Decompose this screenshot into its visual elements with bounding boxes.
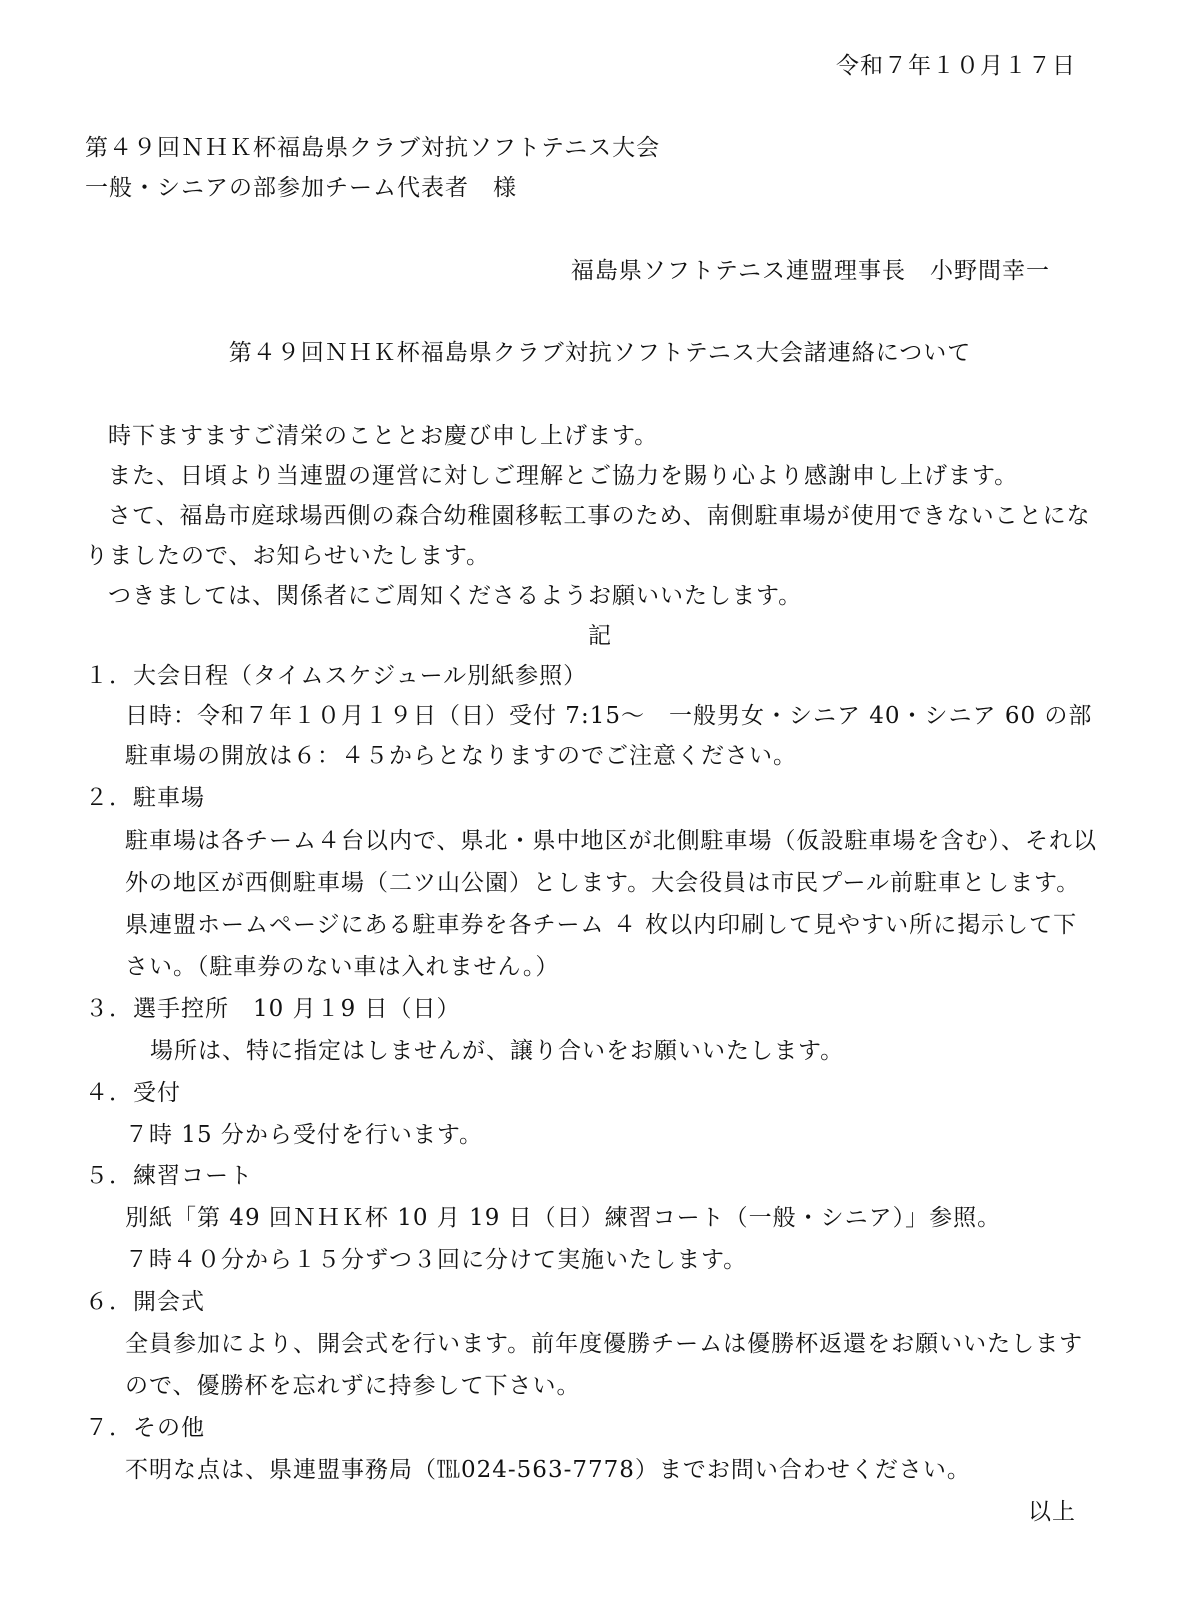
intro-paragraph-3-cont: りましたので、お知らせいたします。 bbox=[85, 545, 490, 568]
section-3-line: 場所は、特に指定はしませんが、譲り合いをお願いいたします。 bbox=[150, 1040, 844, 1063]
intro-paragraph-4: つきましては、関係者にご周知くださるようお願いいたします。 bbox=[108, 585, 802, 608]
section-5-line: ７時４０分から１５分ずつ３回に分けて実施いたします。 bbox=[125, 1249, 747, 1272]
section-2-heading: ２．駐車場 bbox=[85, 787, 205, 810]
intro-paragraph-1: 時下ますますご清栄のこととお慶び申し上げます。 bbox=[108, 425, 658, 448]
document-title: 第４９回ＮＨＫ杯福島県クラブ対抗ソフトテニス大会諸連絡について bbox=[0, 342, 1200, 365]
section-2-line: 駐車場は各チーム４台以内で、県北・県中地区が北側駐車場（仮設駐車場を含む）、それ… bbox=[125, 830, 1097, 853]
ki-marker: 記 bbox=[0, 625, 1200, 648]
section-7-line: 不明な点は、県連盟事務局（℡024-563-7778）までお問い合わせください。 bbox=[125, 1459, 971, 1482]
section-3-heading: ３．選手控所 10 月１9 日（日） bbox=[85, 998, 461, 1021]
recipient-event-name: 第４９回ＮＨＫ杯福島県クラブ対抗ソフトテニス大会 bbox=[85, 137, 660, 160]
section-5-line: 別紙「第 49 回ＮＨＫ杯 10 月 19 日（日）練習コート（一般・シニア）」… bbox=[125, 1207, 1001, 1230]
section-1-line: 駐車場の開放は６：４５からとなりますのでご注意ください。 bbox=[125, 745, 797, 768]
section-2-line: 外の地区が西側駐車場（二ツ山公園）とします。大会役員は市民プール前駐車とします。 bbox=[125, 872, 1080, 895]
section-1-heading: １．大会日程（タイムスケジュール別紙参照） bbox=[85, 665, 587, 688]
section-7-heading: ７．その他 bbox=[85, 1417, 205, 1440]
closing-mark: 以上 bbox=[1028, 1501, 1076, 1524]
section-2-line: 県連盟ホームページにある駐車券を各チーム ４ 枚以内印刷して見やすい所に掲示して… bbox=[125, 914, 1077, 937]
section-6-line: 全員参加により、開会式を行います。前年度優勝チームは優勝杯返還をお願いいたします bbox=[125, 1333, 1083, 1356]
section-5-heading: ５．練習コート bbox=[85, 1165, 253, 1188]
section-1-line: 日時：令和７年１０月１９日（日）受付 7:15～ 一般男女・シニア 40・シニア… bbox=[125, 705, 1092, 728]
section-4-line: ７時 15 分から受付を行います。 bbox=[125, 1124, 483, 1147]
recipient-addressee: 一般・シニアの部参加チーム代表者 様 bbox=[85, 177, 517, 200]
section-2-line: さい。（駐車券のない車は入れません。） bbox=[125, 956, 559, 979]
section-6-heading: ６．開会式 bbox=[85, 1291, 205, 1314]
document-date: 令和７年１０月１７日 bbox=[836, 55, 1076, 78]
intro-paragraph-2: また、日頃より当連盟の運営に対しご理解とご協力を賜り心より感謝申し上げます。 bbox=[108, 465, 1018, 488]
sender-name: 福島県ソフトテニス連盟理事長 小野間幸一 bbox=[571, 260, 1050, 283]
intro-paragraph-3: さて、福島市庭球場西側の森合幼稚園移転工事のため、南側駐車場が使用できないことに… bbox=[108, 505, 1091, 528]
section-6-line: ので、優勝杯を忘れずに持参して下さい。 bbox=[125, 1375, 581, 1398]
section-4-heading: ４．受付 bbox=[85, 1082, 181, 1105]
